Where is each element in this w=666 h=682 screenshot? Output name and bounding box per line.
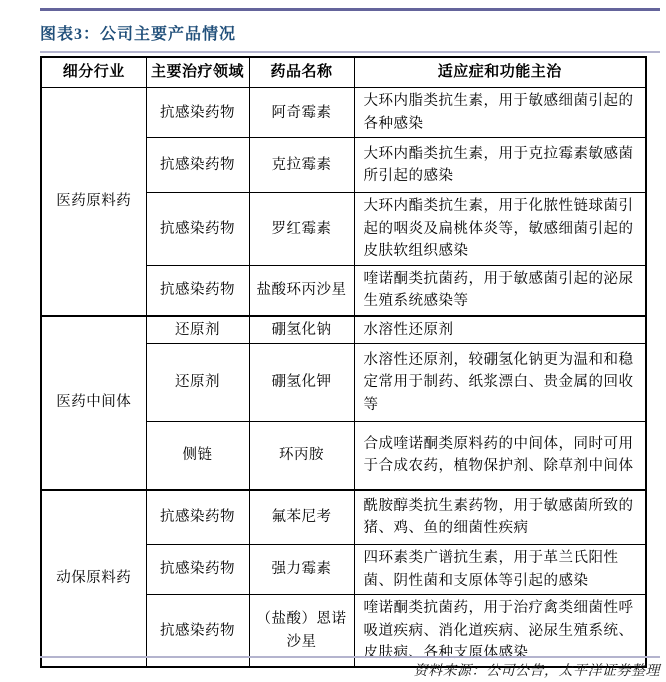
header-indication: 适应症和功能主治 xyxy=(354,57,646,88)
title-divider-rule xyxy=(40,51,660,53)
report-page: 图表3：公司主要产品情况 细分行业 主要治疗领域 药品名称 适应症和功能主治 医… xyxy=(0,0,666,682)
cell-industry-group-0: 医药原料药 xyxy=(41,88,146,316)
cell-area: 抗感染药物 xyxy=(146,138,249,193)
table-row: 医药原料药 抗感染药物 阿奇霉素 大环内脂类抗生素，用于敏感细菌引起的各种感染 xyxy=(41,88,646,138)
bottom-divider-rule xyxy=(40,656,660,658)
cell-area: 还原剂 xyxy=(146,316,249,344)
header-drug-name: 药品名称 xyxy=(249,57,354,88)
cell-area: 抗感染药物 xyxy=(146,545,249,595)
cell-indication: 合成喹诺酮类原料药的中间体，同时可用于合成农药，植物保护剂、除草剂中间体 xyxy=(354,422,646,490)
cell-drug: 硼氢化钠 xyxy=(249,316,354,344)
header-treatment-area: 主要治疗领域 xyxy=(146,57,249,88)
cell-indication: 水溶性还原剂，较硼氢化钠更为温和和稳定常用于制药、纸浆漂白、贵金属的回收等 xyxy=(354,344,646,422)
cell-drug: 环丙胺 xyxy=(249,422,354,490)
cell-drug: 盐酸环丙沙星 xyxy=(249,265,354,315)
table-row: 动保原料药 抗感染药物 氟苯尼考 酰胺醇类抗生素药物，用于敏感菌所致的猪、鸡、鱼… xyxy=(41,490,646,545)
table-row: 医药中间体 还原剂 硼氢化钠 水溶性还原剂 xyxy=(41,316,646,344)
cell-indication: 大环内酯类抗生素，用于克拉霉素敏感菌所引起的感染 xyxy=(354,138,646,193)
cell-area: 抗感染药物 xyxy=(146,265,249,315)
cell-area: 抗感染药物 xyxy=(146,193,249,265)
cell-area: 还原剂 xyxy=(146,344,249,422)
figure-title: 图表3：公司主要产品情况 xyxy=(40,21,236,44)
cell-drug: 强力霉素 xyxy=(249,545,354,595)
cell-area: 抗感染药物 xyxy=(146,88,249,138)
cell-industry-group-1: 医药中间体 xyxy=(41,316,146,490)
source-note: 资料来源：公司公告，太平洋证券整理 xyxy=(40,660,660,680)
cell-indication: 水溶性还原剂 xyxy=(354,316,646,344)
table-header-row: 细分行业 主要治疗领域 药品名称 适应症和功能主治 xyxy=(41,57,646,88)
cell-area: 侧链 xyxy=(146,422,249,490)
cell-indication: 喹诺酮类抗菌药，用于敏感菌引起的泌尿生殖系统感染等 xyxy=(354,265,646,315)
cell-indication: 大环内酯类抗生素，用于化脓性链球菌引起的咽炎及扁桃体炎等，敏感细菌引起的皮肤软组… xyxy=(354,193,646,265)
header-industry: 细分行业 xyxy=(41,57,146,88)
cell-drug: 克拉霉素 xyxy=(249,138,354,193)
cell-drug: 罗红霉素 xyxy=(249,193,354,265)
products-table: 细分行业 主要治疗领域 药品名称 适应症和功能主治 医药原料药 抗感染药物 阿奇… xyxy=(40,56,647,668)
top-divider-rule xyxy=(40,8,660,11)
cell-indication: 四环素类广谱抗生素，用于革兰氏阳性菌、阴性菌和支原体等引起的感染 xyxy=(354,545,646,595)
cell-indication: 大环内脂类抗生素，用于敏感细菌引起的各种感染 xyxy=(354,88,646,138)
cell-area: 抗感染药物 xyxy=(146,490,249,545)
cell-industry-group-2: 动保原料药 xyxy=(41,490,146,668)
cell-indication: 酰胺醇类抗生素药物，用于敏感菌所致的猪、鸡、鱼的细菌性疾病 xyxy=(354,490,646,545)
cell-drug: 氟苯尼考 xyxy=(249,490,354,545)
cell-drug: 阿奇霉素 xyxy=(249,88,354,138)
cell-drug: 硼氢化钾 xyxy=(249,344,354,422)
